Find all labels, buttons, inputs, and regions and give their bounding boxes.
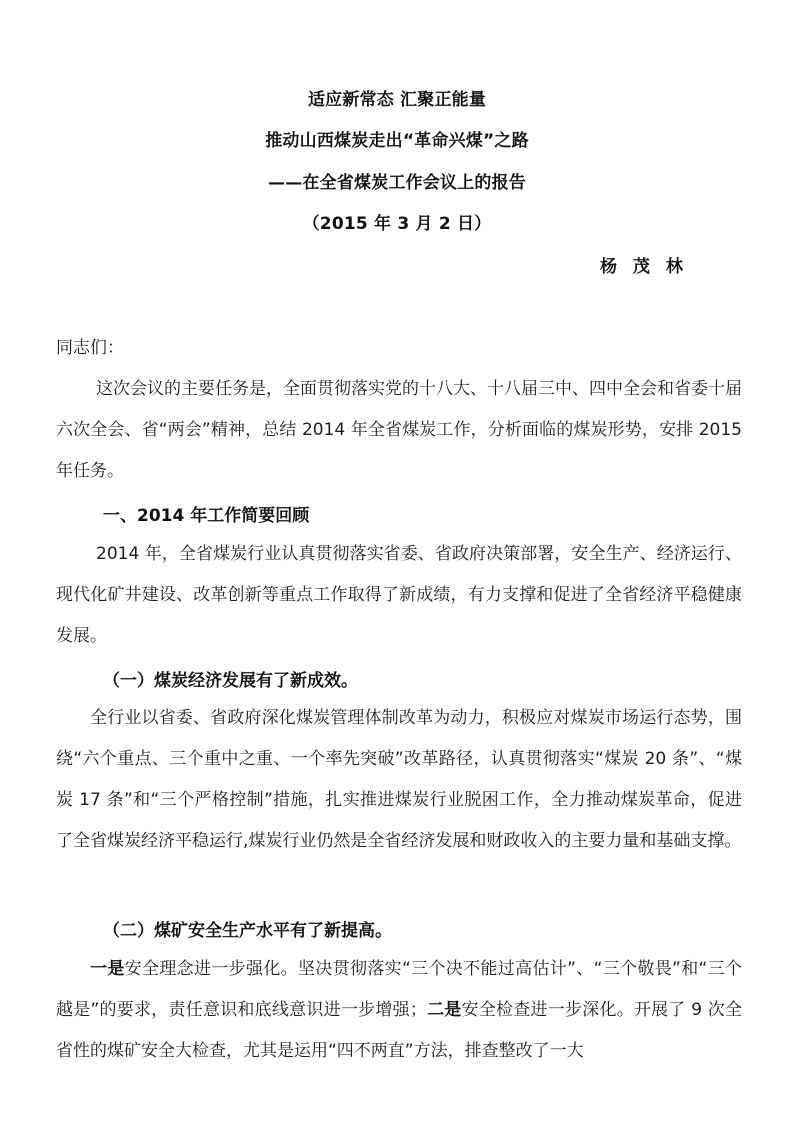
point-2-lead: 二是 xyxy=(427,1000,462,1020)
subsection-heading-1: （一）煤炭经济发展有了新成效。 xyxy=(103,669,358,693)
section-heading-1: 一、2014 年工作简要回顾 xyxy=(103,504,309,528)
point-1-lead: 一是 xyxy=(90,959,125,979)
subsection-2-paragraph: 一是安全理念进一步强化。坚决贯彻落实“三个决不能过高估计”、“三个敬畏”和“三个… xyxy=(56,949,742,1072)
subsection-heading-2: （二）煤矿安全生产水平有了新提高。 xyxy=(103,919,392,943)
intro-paragraph: 这次会议的主要任务是，全面贯彻落实党的十八大、十八届三中、四中全会和省委十届六次… xyxy=(56,369,742,492)
date-line: （2015 年 3 月 2 日） xyxy=(0,212,794,236)
intro-text: 这次会议的主要任务是，全面贯彻落实党的十八大、十八届三中、四中全会和省委十届六次… xyxy=(56,369,742,492)
salutation: 同志们： xyxy=(56,328,742,369)
title-line-1: 适应新常态 汇聚正能量 xyxy=(0,88,794,112)
subsection-1-text: 全行业以省委、省政府深化煤炭管理体制改革为动力，积极应对煤炭市场运行态势，围绕“… xyxy=(56,698,742,862)
section-1-paragraph: 2014 年，全省煤炭行业认真贯彻落实省委、省政府决策部署，安全生产、经济运行、… xyxy=(56,534,742,657)
author-name: 杨 茂 林 xyxy=(600,255,720,279)
document-page: 适应新常态 汇聚正能量 推动山西煤炭走出“革命兴煤”之路 ——在全省煤炭工作会议… xyxy=(0,0,794,1123)
subsection-2-text: 一是安全理念进一步强化。坚决贯彻落实“三个决不能过高估计”、“三个敬畏”和“三个… xyxy=(56,949,742,1072)
subtitle-line: ——在全省煤炭工作会议上的报告 xyxy=(0,171,794,195)
subsection-1-paragraph: 全行业以省委、省政府深化煤炭管理体制改革为动力，积极应对煤炭市场运行态势，围绕“… xyxy=(56,698,742,862)
title-line-2: 推动山西煤炭走出“革命兴煤”之路 xyxy=(0,129,794,153)
section-1-text: 2014 年，全省煤炭行业认真贯彻落实省委、省政府决策部署，安全生产、经济运行、… xyxy=(56,534,742,657)
